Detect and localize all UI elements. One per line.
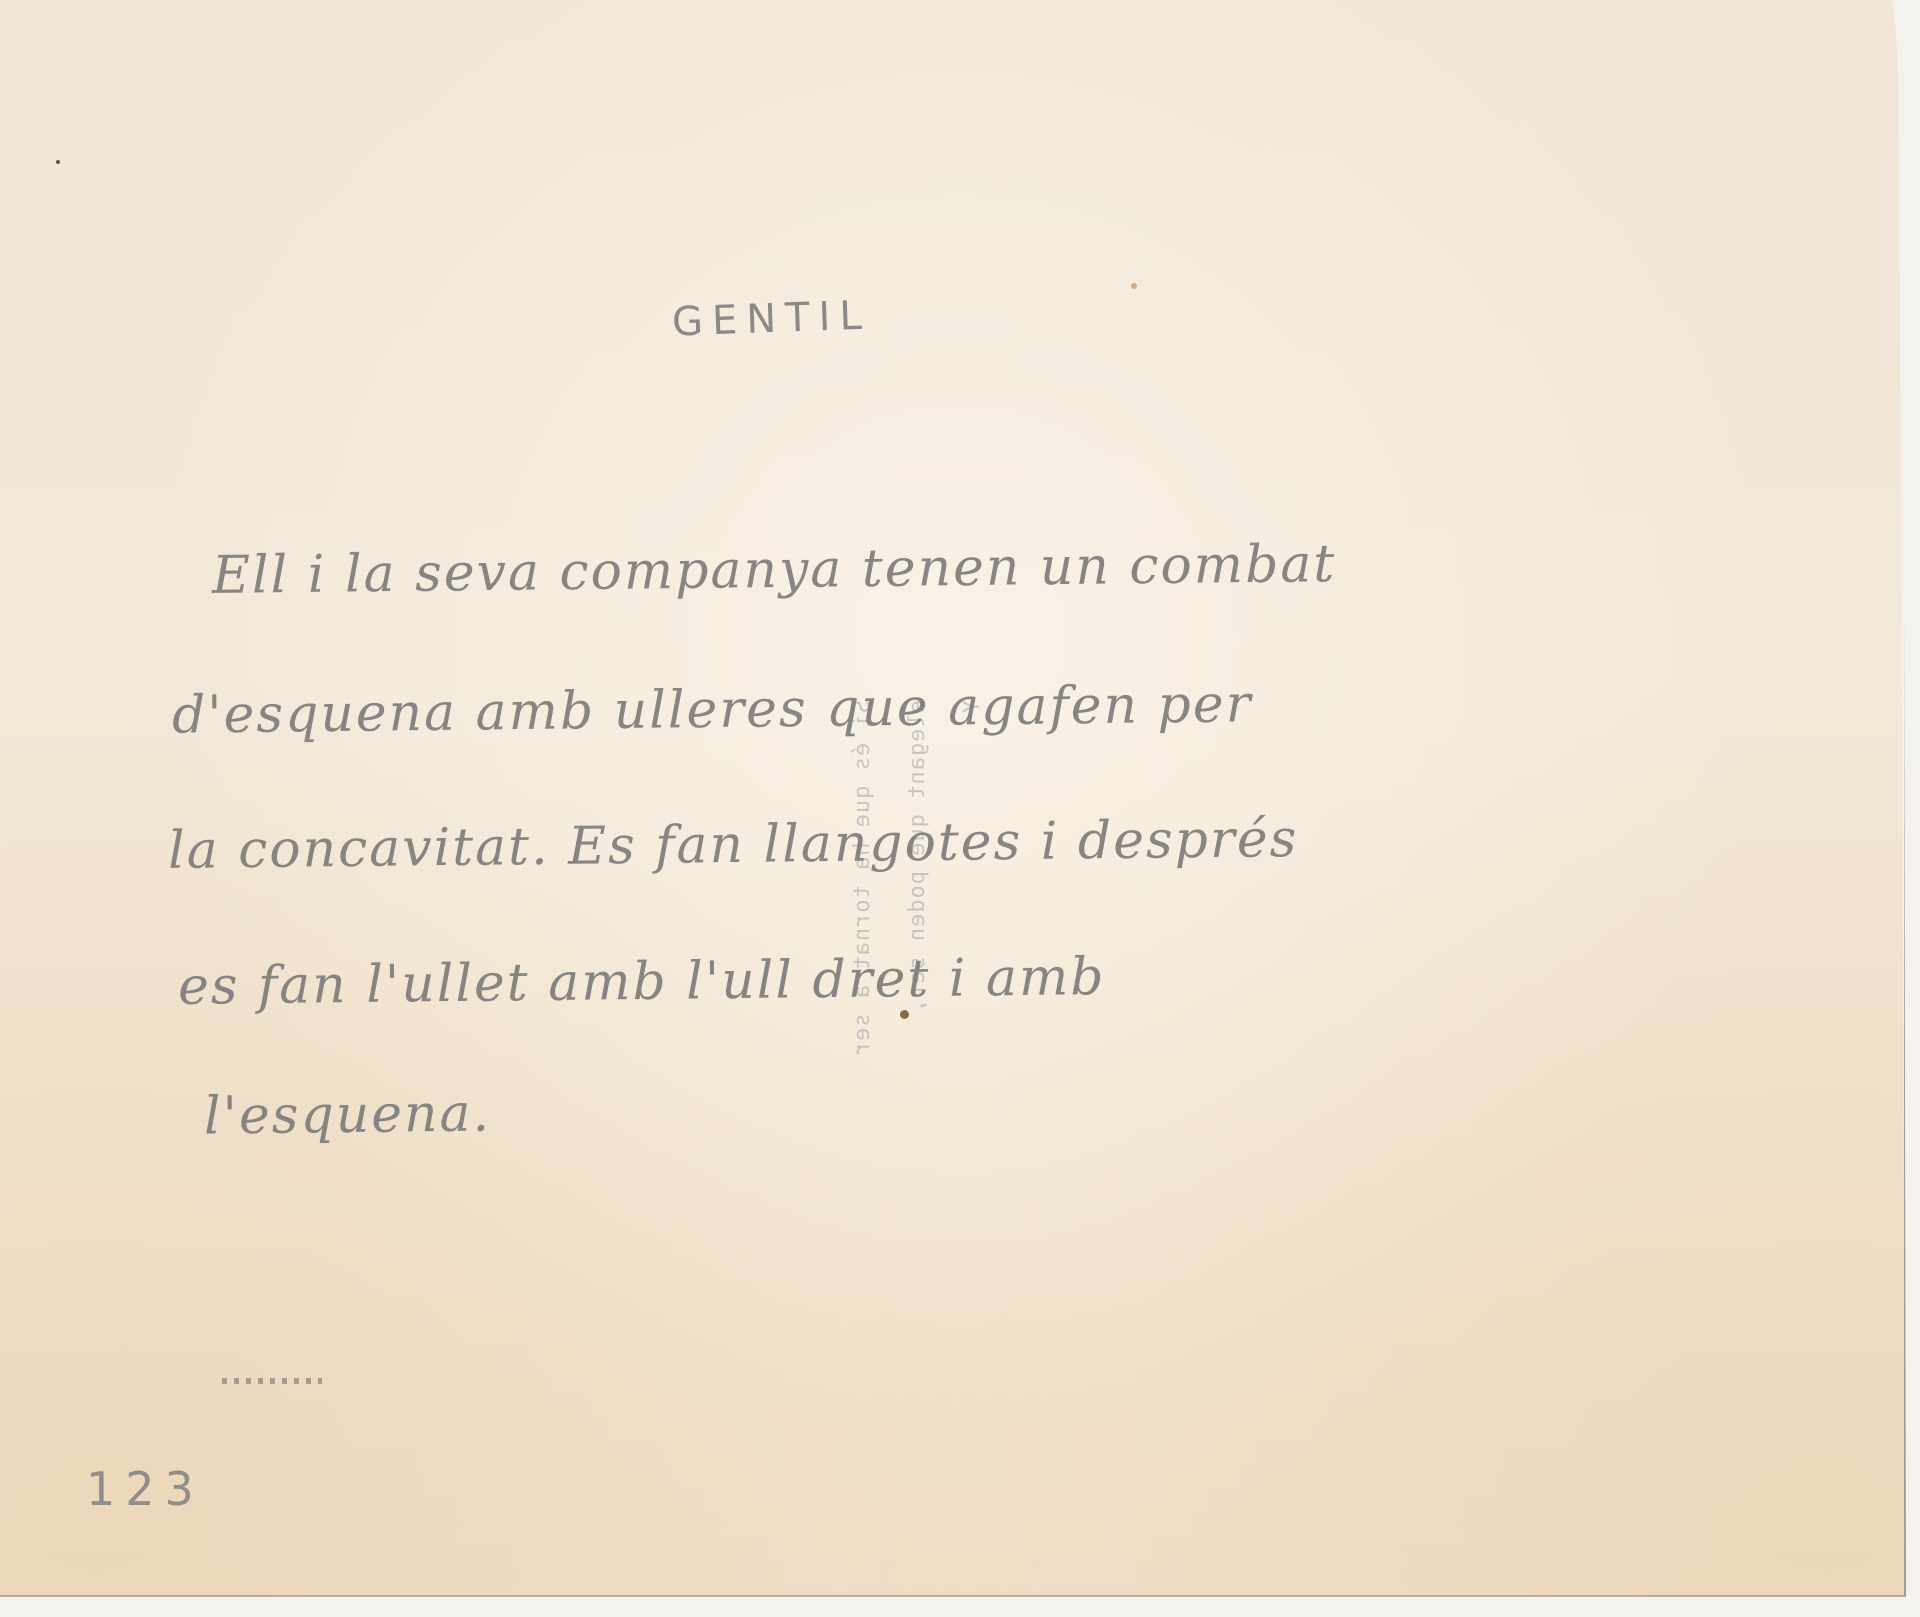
body-line-3: la concavitat. Es fan llangotes i despré… [168,809,1299,881]
paper-sheet [0,0,1920,1597]
document-title: GENTIL [671,293,871,346]
scanned-document: Si és que ha tornat a ser elegant que po… [0,0,1920,1617]
dust-speck [1131,283,1137,289]
page-number: 123 [86,1462,204,1516]
body-line-2: d'esquena amb ulleres que agafen per [172,674,1253,745]
pencil-dash-mark [222,1378,322,1384]
dust-speck [56,160,60,164]
body-line-5: l'esquena. [204,1083,492,1146]
body-line-1: Ell i la seva companya tenen un combat [212,534,1337,606]
ink-speck [900,1010,909,1019]
body-line-4: es fan l'ullet amb l'ull dret i amb [178,947,1106,1017]
